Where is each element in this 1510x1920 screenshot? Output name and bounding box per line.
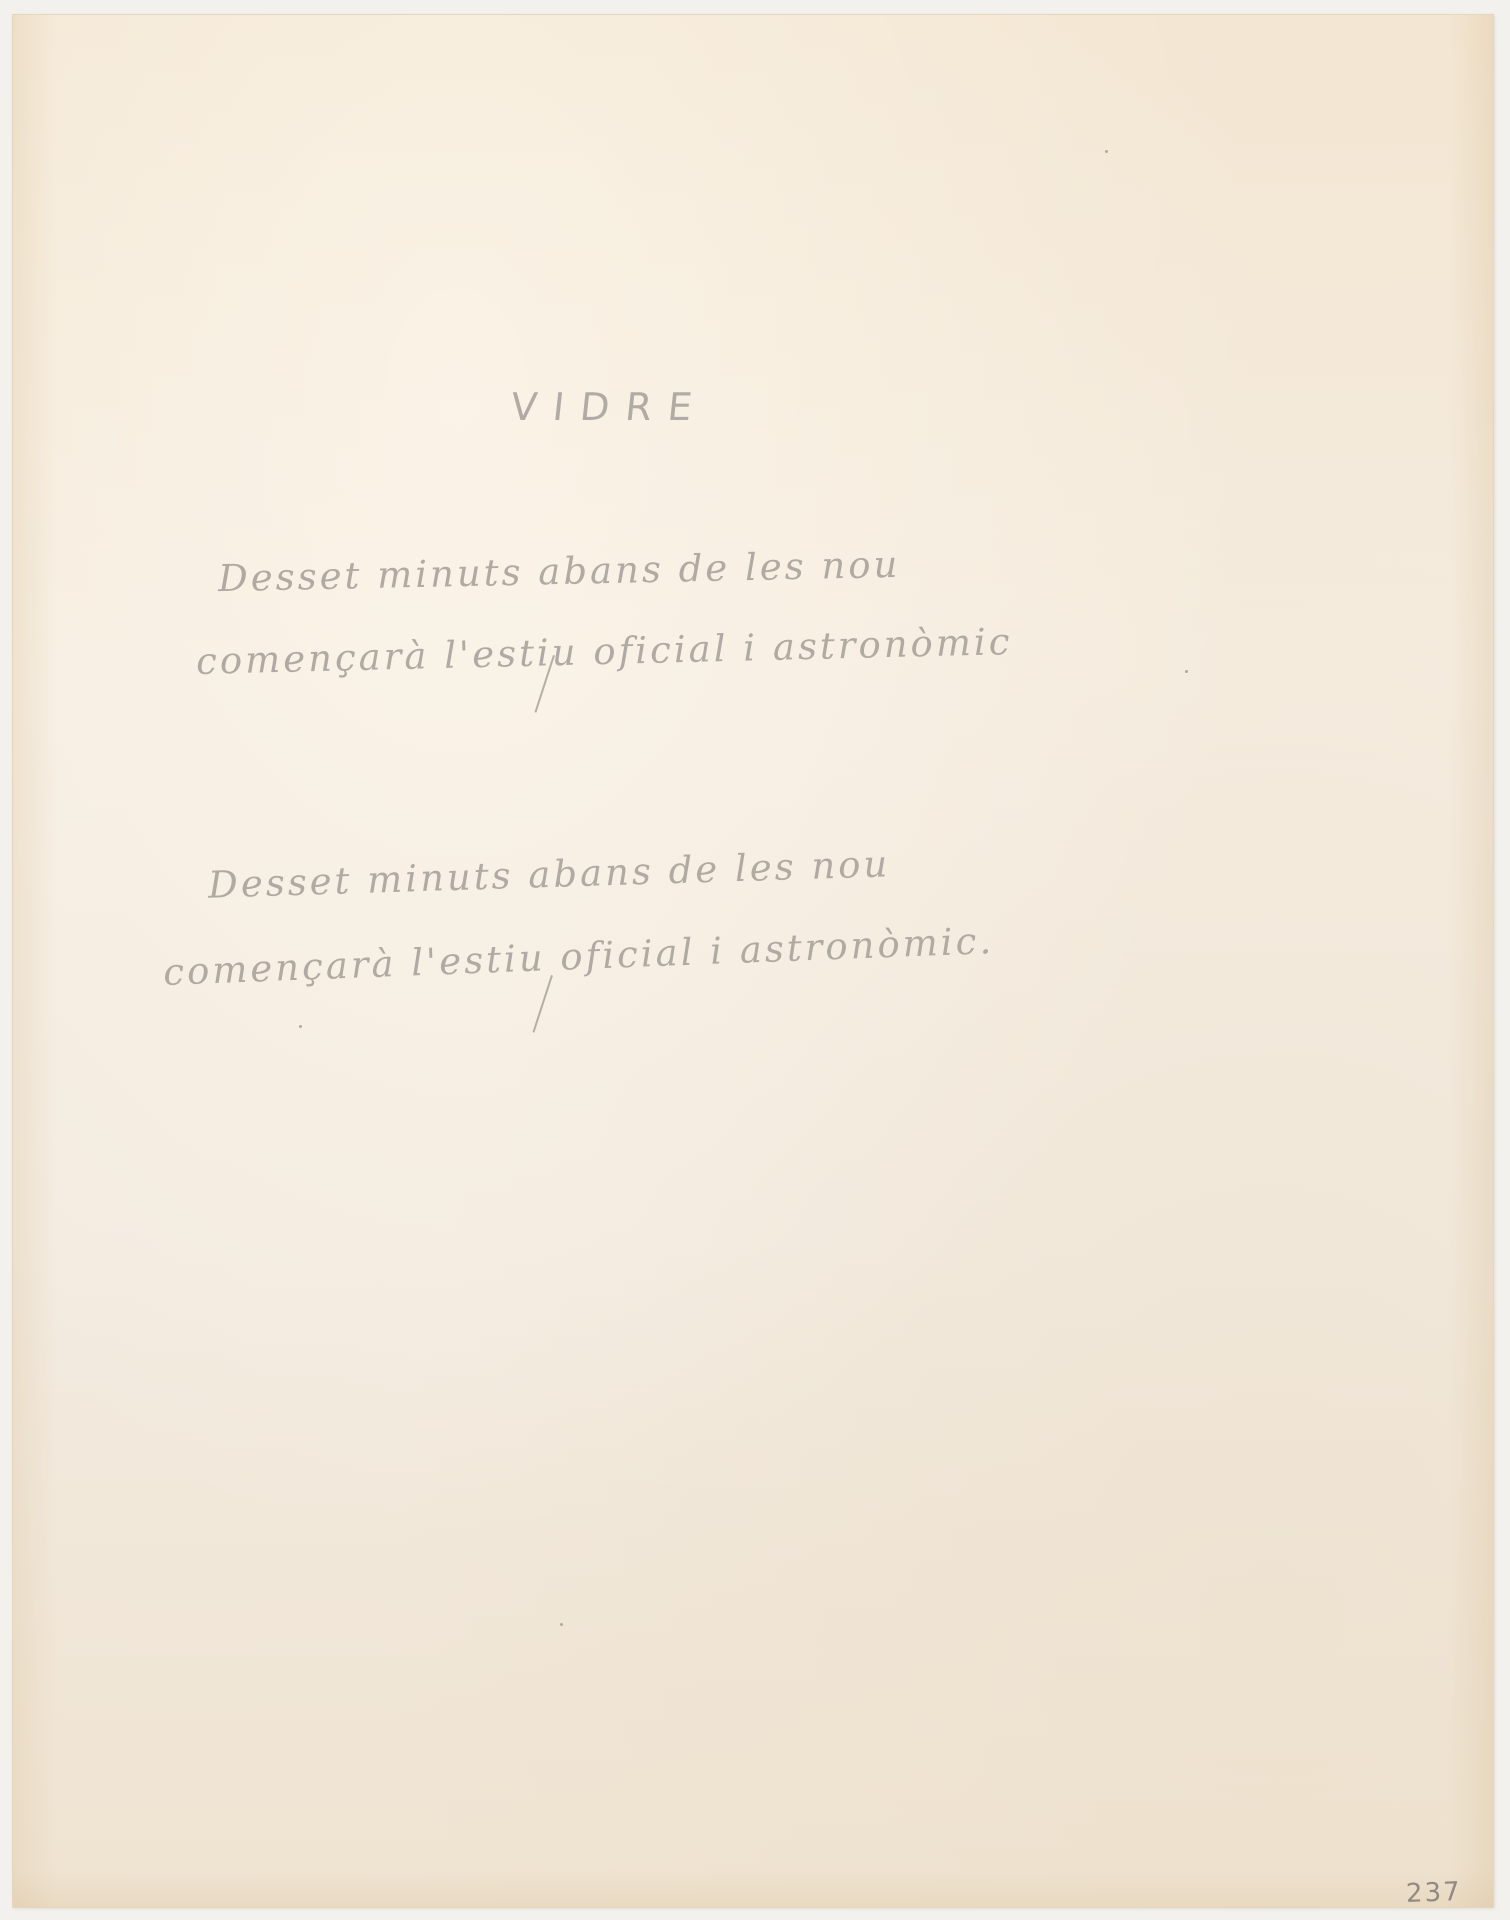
stanza-1-line-1: Desset minuts abans de les nou [218, 543, 901, 600]
poem-title: VIDRE [509, 385, 711, 429]
paper-speck [560, 1623, 563, 1626]
scan-background: VIDRE Desset minuts abans de les nou com… [0, 0, 1510, 1920]
paper-speck [1185, 670, 1188, 673]
stanza-1-line-2: començarà l'estiu oficial i astronòmic [196, 620, 1013, 683]
page-number: 237 [1405, 1877, 1462, 1909]
stanza-2-line-2: començarà l'estiu oficial i astronòmic. [162, 919, 994, 994]
descender-stroke [532, 975, 552, 1033]
paper-speck [1105, 150, 1108, 153]
paper-speck [299, 1025, 302, 1028]
stanza-2-line-1: Desset minuts abans de les nou [207, 842, 890, 906]
manuscript-sheet: VIDRE Desset minuts abans de les nou com… [13, 15, 1493, 1907]
